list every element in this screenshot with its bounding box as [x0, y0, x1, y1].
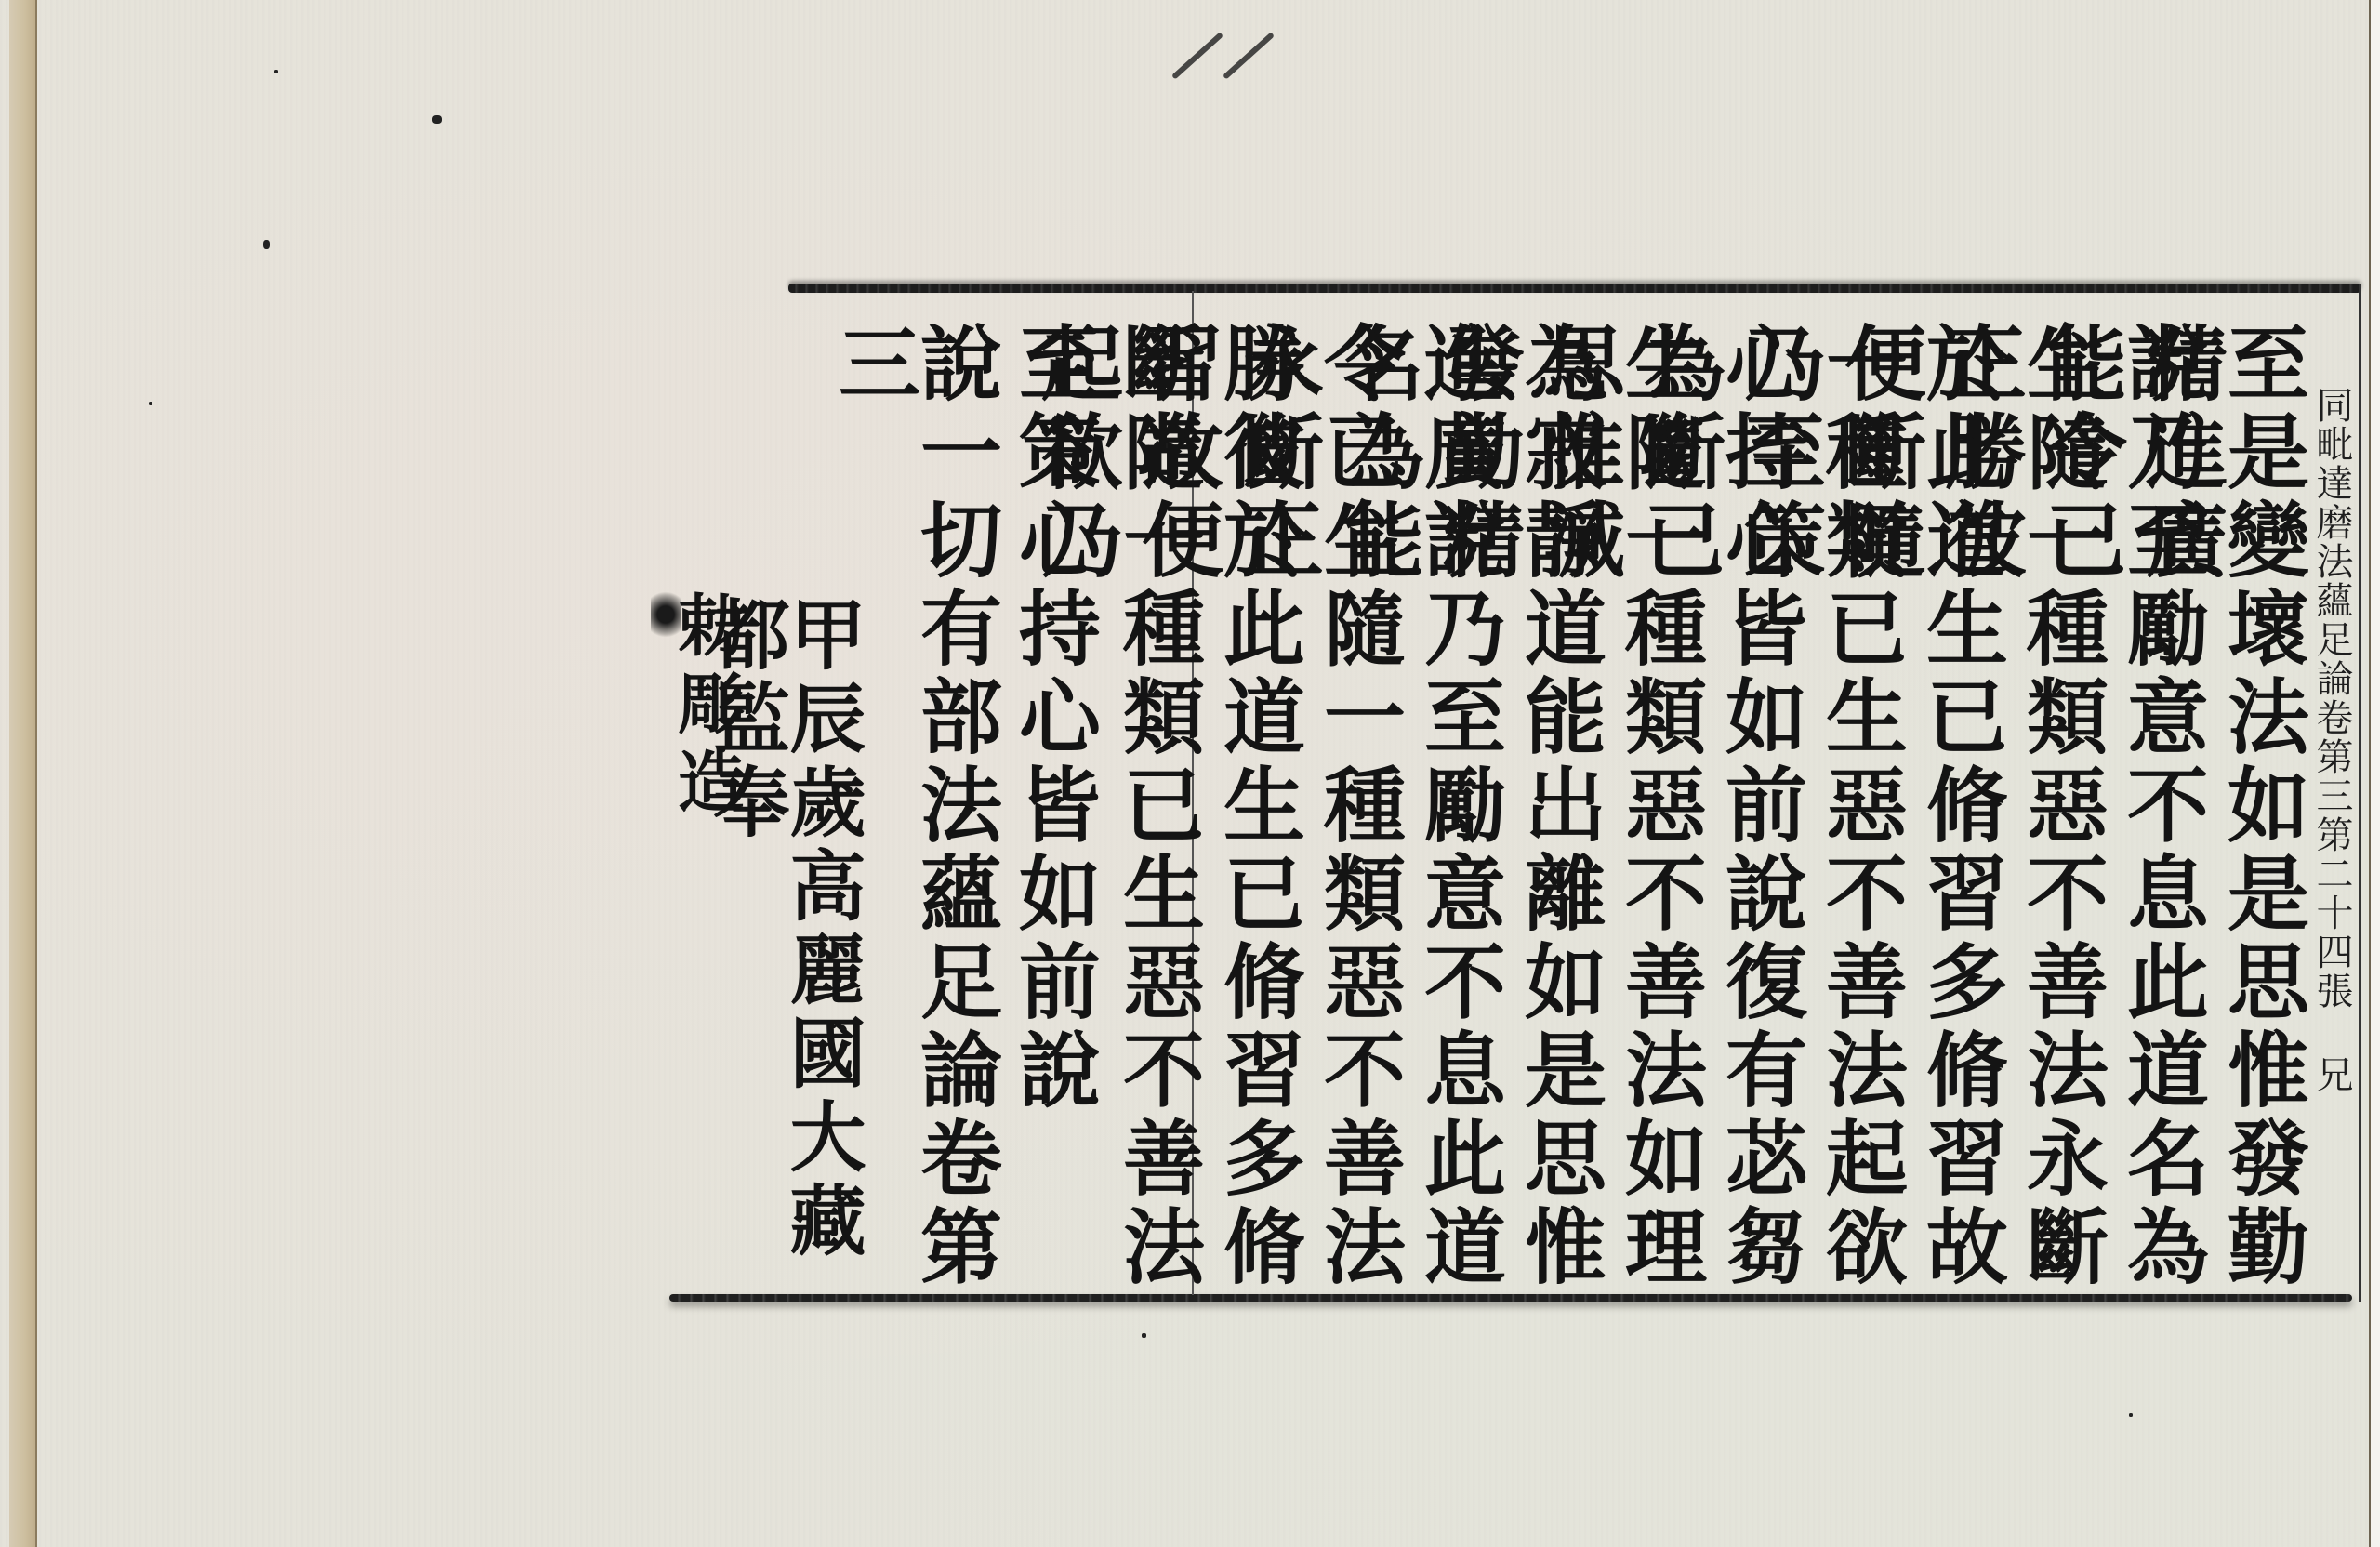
- frame-top-border: [788, 284, 2361, 293]
- brush-mark: [1171, 32, 1223, 79]
- text-column-13: 至策心持心皆如前說: [1013, 321, 1095, 1116]
- paper-speck: [274, 70, 278, 73]
- paper-speck: [263, 240, 270, 249]
- paper-speck: [149, 402, 152, 405]
- paper-speck: [2129, 1413, 2133, 1417]
- paper-speck: [1142, 1333, 1146, 1338]
- margin-note: 同毗達磨法蘊足論卷第三第二十四張 兄: [2313, 386, 2350, 1094]
- colophon-line-2: 勅彫造: [672, 590, 739, 825]
- printed-block-frame: 同毗達磨法蘊足論卷第三第二十四張 兄 至是變壞法如是思惟發勤精進廣 說乃至勵意不…: [651, 284, 2361, 1302]
- scripture-page: 〃 同毗達磨法蘊足論卷第三第二十四張 兄 至是變壞法如是思惟發勤精進廣 說乃至勵…: [0, 0, 2380, 1547]
- frame-right-border: [2359, 284, 2361, 1302]
- right-page-edge: [2369, 0, 2380, 1547]
- paper-speck: [432, 115, 442, 124]
- left-binding-edge: [9, 0, 37, 1547]
- brush-mark: [1223, 32, 1275, 79]
